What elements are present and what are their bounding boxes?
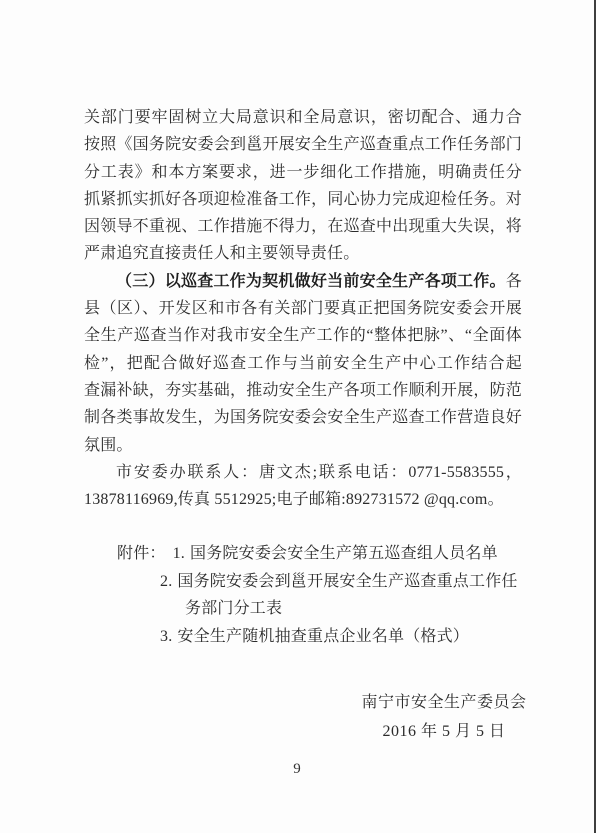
page-number: 9	[0, 759, 594, 779]
body-line-10: 检”，把配合做好巡查工作与当前安全生产中心工作结合起来，	[84, 350, 522, 377]
attachment-item-2: 2.国务院安委会到邕开展安全生产巡查重点工作任	[84, 568, 544, 596]
attachment-item-2-continuation: 务部门分工表	[84, 595, 544, 623]
attachments-block: 附件：1.国务院安委会安全生产第五巡查组人员名单 2.国务院安委会到邕开展安全生…	[84, 540, 544, 650]
body-line-3: 分工表》和本方案要求，进一步细化工作措施，明确责任分工，	[84, 159, 522, 186]
attachment-title: 国务院安委会到邕开展安全生产巡查重点工作任	[177, 573, 517, 590]
attachment-item-3: 3.安全生产随机抽查重点企业名单（格式）	[84, 623, 544, 651]
section-heading-trailing-text: 各	[506, 273, 522, 290]
body-text-block: 关部门要牢固树立大局意识和全局意识，密切配合、通力合作， 按照《国务院安委会到邕…	[84, 104, 522, 513]
signature-org: 南宁市安全生产委员会	[338, 693, 550, 713]
body-line-11: 查漏补缺，夯实基础，推动安全生产各项工作顺利开展，防范遏	[84, 377, 522, 404]
signature-block: 南宁市安全生产委员会 2016 年 5 月 5 日	[338, 693, 550, 742]
body-line-9: 全生产巡查当作对我市安全生产工作的“整体把脉”、“全面体	[84, 322, 522, 349]
attachment-number: 1.	[173, 545, 185, 562]
body-line-2: 按照《国务院安委会到邕开展安全生产巡查重点工作任务部门	[84, 131, 522, 158]
contact-info-line-1: 市安委办联系人：唐文杰;联系电话：0771-5583555，	[84, 459, 522, 486]
attachment-title: 国务院安委会安全生产第五巡查组人员名单	[190, 545, 498, 562]
body-line-5: 因领导不重视、工作措施不得力，在巡查中出现重大失误，将	[84, 213, 522, 240]
attachments-label: 附件：	[117, 545, 166, 562]
contact-info-line-2: 13878116969,传真 5512925;电子邮箱:892731572 @q…	[84, 486, 522, 513]
body-line-7: （三）以巡查工作为契机做好当前安全生产各项工作。各	[84, 268, 522, 295]
body-line-6: 严肃追究直接责任人和主要领导责任。	[84, 240, 522, 267]
body-line-12: 制各类事故发生，为国务院安委会安全生产巡查工作营造良好的	[84, 404, 522, 431]
attachment-number: 2.	[160, 573, 172, 590]
signature-date: 2016 年 5 月 5 日	[338, 722, 550, 742]
attachment-title: 安全生产随机抽查重点企业名单（格式）	[177, 628, 469, 645]
attachment-number: 3.	[160, 628, 172, 645]
document-page: 关部门要牢固树立大局意识和全局意识，密切配合、通力合作， 按照《国务院安委会到邕…	[0, 0, 596, 833]
body-line-13: 氛围。	[84, 432, 522, 459]
section-heading: （三）以巡查工作为契机做好当前安全生产各项工作。	[116, 273, 506, 290]
body-line-8: 县（区）、开发区和市各有关部门要真正把国务院安委会开展安	[84, 295, 522, 322]
body-line-4: 抓紧抓实抓好各项迎检准备工作，同心协力完成迎检任务。对	[84, 186, 522, 213]
attachment-item-1: 附件：1.国务院安委会安全生产第五巡查组人员名单	[84, 540, 544, 568]
body-line-1: 关部门要牢固树立大局意识和全局意识，密切配合、通力合作，	[84, 104, 522, 131]
